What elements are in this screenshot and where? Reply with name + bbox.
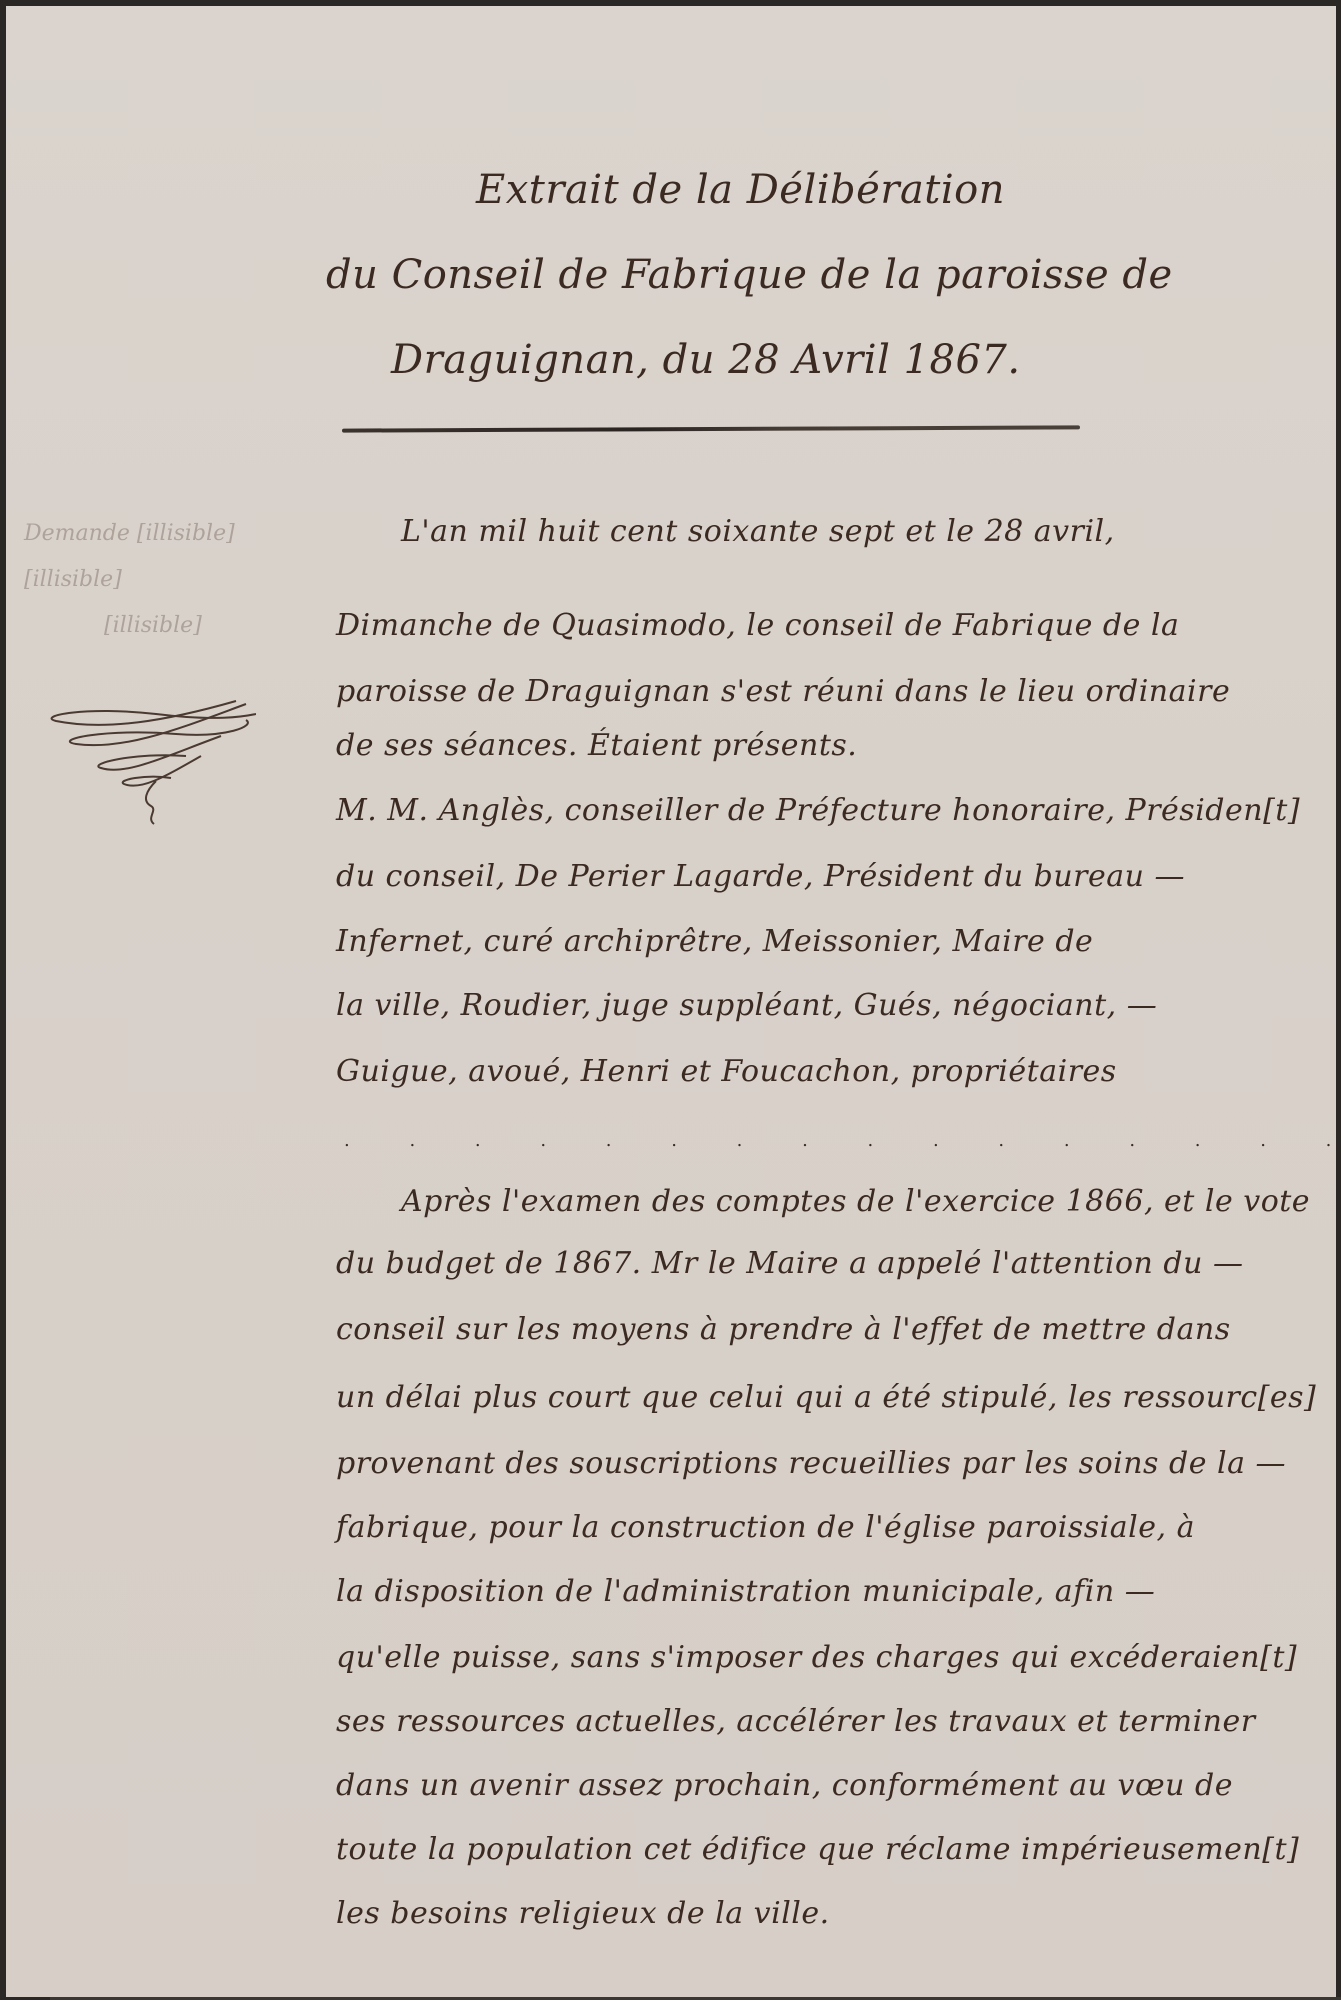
body-line: Après l'examen des comptes de l'exercice… xyxy=(401,1184,1310,1220)
body-line: paroisse de Draguignan s'est réuni dans … xyxy=(336,674,1230,710)
body-line: ses ressources actuelles, accélérer les … xyxy=(336,1704,1256,1740)
body-line: de ses séances. Étaient présents. xyxy=(336,728,857,764)
body-line: dans un avenir assez prochain, conformém… xyxy=(336,1768,1233,1804)
body-line: la disposition de l'administration munic… xyxy=(336,1574,1155,1610)
body-line: L'an mil huit cent soixante sept et le 2… xyxy=(401,514,1115,550)
body-line: un délai plus court que celui qui a été … xyxy=(336,1380,1316,1416)
body-line: du budget de 1867. Mr le Maire a appelé … xyxy=(336,1246,1243,1282)
body-line: Dimanche de Quasimodo, le conseil de Fab… xyxy=(336,608,1179,644)
title-line-2: du Conseil de Fabrique de la paroisse de xyxy=(326,251,1173,299)
margin-note-line: [illisible] xyxy=(24,603,324,649)
title-line-1: Extrait de la Délibération xyxy=(476,166,1005,214)
body-line: la ville, Roudier, juge suppléant, Gués,… xyxy=(336,988,1157,1024)
title-underline-divider xyxy=(342,425,1080,432)
manuscript-page: Extrait de la Délibération du Conseil de… xyxy=(6,6,1336,1997)
margin-note-line: [illisible] xyxy=(24,557,324,603)
body-line: du conseil, De Perier Lagarde, Président… xyxy=(336,859,1185,895)
margin-note-line: Demande [illisible] xyxy=(24,511,324,557)
body-line: qu'elle puisse, sans s'imposer des charg… xyxy=(336,1640,1297,1676)
body-line: M. M. Anglès, conseiller de Préfecture h… xyxy=(336,793,1300,829)
margin-annotation: Demande [illisible] [illisible] [illisib… xyxy=(24,511,324,649)
body-line: Infernet, curé archiprêtre, Meissonier, … xyxy=(336,924,1093,960)
body-line: les besoins religieux de la ville. xyxy=(336,1896,830,1932)
body-line: fabrique, pour la construction de l'égli… xyxy=(336,1510,1195,1546)
title-line-3: Draguignan, du 28 Avril 1867. xyxy=(391,336,1021,384)
body-line: provenant des souscriptions recueillies … xyxy=(336,1446,1286,1482)
paraph-signature-icon xyxy=(46,696,256,826)
body-line: toute la population cet édifice que récl… xyxy=(336,1832,1299,1868)
body-line: Guigue, avoué, Henri et Foucachon, propr… xyxy=(336,1054,1117,1090)
dotted-separator: . . . . . . . . . . . . . . . . . . . . … xyxy=(344,1136,1304,1146)
body-line: conseil sur les moyens à prendre à l'eff… xyxy=(336,1312,1231,1348)
